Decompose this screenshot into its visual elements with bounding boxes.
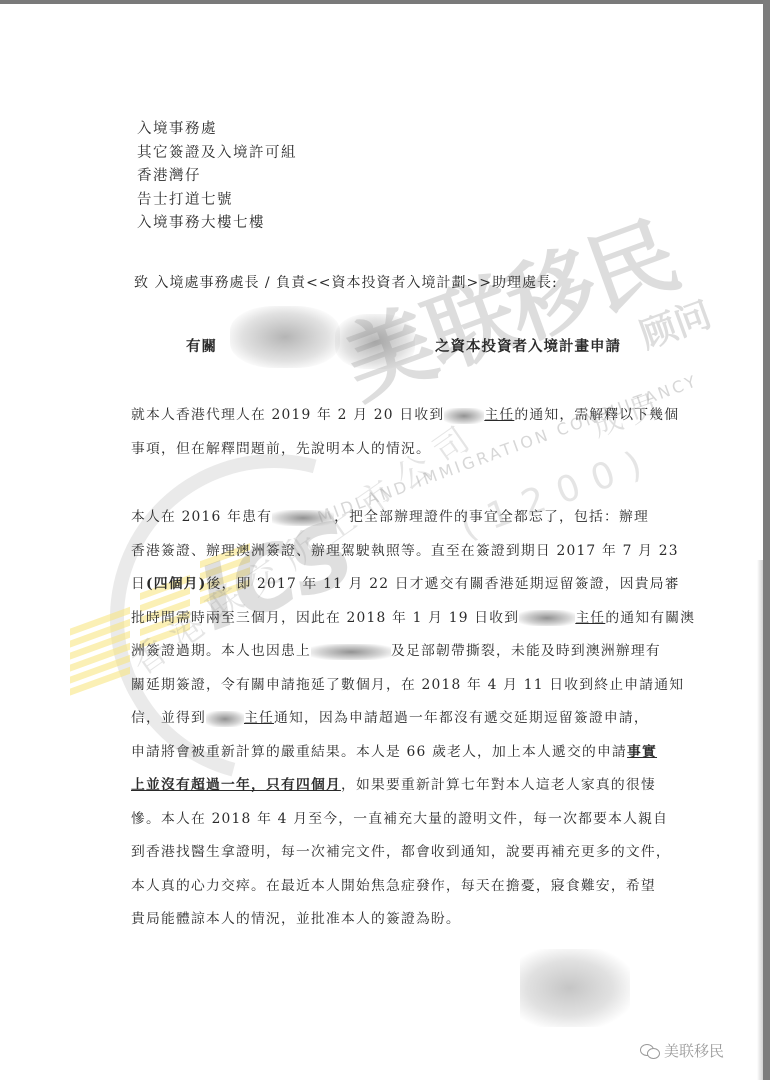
text-segment: 洲簽證過期。本人也因患上	[131, 643, 311, 659]
scan-right-edge	[763, 0, 770, 1080]
text-line: 洲簽證過期。本人也因患上及足部韌帶撕裂，未能及時到澳洲辦理有	[131, 635, 651, 669]
text-segment: 通知，因為申請超過一年都沒有遞交延期逗留簽證申請，	[274, 710, 649, 726]
text-segment: 批時間需時兩至三個月，因此在 2018 年 1 月 19 日收到	[131, 610, 519, 626]
text-segment: 申請將會被重新計算的嚴重結果。本人是 66 歲老人，加上本人遞交的申請	[131, 744, 627, 760]
bold-underlined-text: 上並沒有超過一年，只有四個月	[131, 777, 341, 793]
text-segment: 的通知有關澳	[605, 610, 695, 626]
wechat-icon	[640, 1043, 660, 1059]
text-segment: 就本人香港代理人在 2019 年 2 月 20 日收到	[131, 407, 444, 423]
redacted-name	[519, 610, 575, 626]
text-line: 申請將會被重新計算的嚴重結果。本人是 66 歲老人，加上本人遞交的申請事實	[131, 736, 651, 770]
redacted-signature	[520, 949, 630, 1027]
underlined-title: 主任	[484, 407, 514, 423]
paragraph-intro: 就本人香港代理人在 2019 年 2 月 20 日收到主任的通知，需解釋以下幾個…	[131, 399, 651, 466]
watermark-brand: 美联移民	[325, 186, 691, 422]
address-line: 告士打道七號	[137, 189, 297, 213]
salutation: 致 入境處事務處長 / 負責<<資本投資者入境計劃>>助理處長:	[134, 272, 558, 292]
text-segment: 後，即 2017 年 11 月 22 日才遞交有關香港延期逗留簽證，因貴局審	[206, 576, 679, 592]
watermark-side-label: 顾问	[635, 294, 717, 357]
text-line: 慘。本人在 2018 年 4 月至今，一直補充大量的證明文件，每一次都要本人親自	[131, 803, 651, 837]
subject-prefix: 有關	[186, 338, 217, 355]
text-line: 關延期簽證，令有關申請拖延了數個月，在 2018 年 4 月 11 日收到終止申…	[131, 669, 651, 703]
text-line: 就本人香港代理人在 2019 年 2 月 20 日收到主任的通知，需解釋以下幾個	[131, 399, 651, 433]
text-line: 香港簽證、辦理澳洲簽證、辦理駕駛執照等。直至在簽證到期日 2017 年 7 月 …	[131, 535, 651, 569]
paragraph-body: 本人在 2016 年患有，把全部辦理證件的事宜全都忘了，包括：辦理 香港簽證、辦…	[131, 501, 651, 937]
redacted-illness	[311, 644, 391, 660]
text-line: 本人在 2016 年患有，把全部辦理證件的事宜全都忘了，包括：辦理	[131, 501, 651, 535]
text-line: 日(四個月)後，即 2017 年 11 月 22 日才遞交有關香港延期逗留簽證，…	[131, 568, 651, 602]
redacted-name	[206, 711, 244, 727]
text-segment: 本人在 2016 年患有	[131, 509, 272, 525]
redacted-illness	[272, 510, 334, 526]
subject-suffix: 之資本投資者入境計畫申請	[435, 338, 621, 355]
text-line: 事項，但在解釋問題前，先說明本人的情況。	[131, 433, 651, 467]
bold-text: (四個月)	[146, 576, 206, 592]
recipient-address: 入境事務處 其它簽證及入境許可組 香港灣仔 告士打道七號 入境事務大樓七樓	[137, 118, 297, 236]
address-line: 香港灣仔	[137, 165, 297, 189]
text-line: 上並沒有超過一年，只有四個月，如果要重新計算七年對本人這老人家真的很悽	[131, 769, 651, 803]
text-segment: 的通知，需解釋以下幾個	[514, 407, 679, 423]
address-line: 其它簽證及入境許可組	[137, 142, 297, 166]
underlined-title: 主任	[575, 610, 605, 626]
text-segment: 及足部韌帶撕裂，未能及時到澳洲辦理有	[391, 643, 661, 659]
text-segment: ，如果要重新計算七年對本人這老人家真的很悽	[341, 777, 656, 793]
text-line: 批時間需時兩至三個月，因此在 2018 年 1 月 19 日收到主任的通知有關澳	[131, 602, 651, 636]
subject-line: 有關之資本投資者入境計畫申請	[186, 335, 621, 356]
bold-underlined-text: 事實	[627, 744, 657, 760]
text-segment: 日	[131, 576, 146, 592]
footer-brand-label: 美联移民	[664, 1040, 724, 1061]
text-line: 貴局能體諒本人的情況，並批准本人的簽證為盼。	[131, 903, 651, 937]
underlined-title: 主任	[244, 710, 274, 726]
text-line: 到香港找醫生拿證明，每一次補完文件，都會收到通知，說要再補充更多的文件，	[131, 836, 651, 870]
text-line: 本人真的心力交瘁。在最近本人開始焦急症發作，每天在擔憂，寢食難安，希望	[131, 870, 651, 904]
footer-brand: 美联移民	[640, 1040, 724, 1061]
watermark-side-text: 顾问	[636, 298, 715, 355]
text-segment: 信，並得到	[131, 710, 206, 726]
redacted-name	[444, 408, 484, 424]
text-segment: ，把全部辦理證件的事宜全都忘了，包括：辦理	[334, 509, 649, 525]
address-line: 入境事務大樓七樓	[137, 212, 297, 236]
text-line: 信，並得到主任通知，因為申請超過一年都沒有遞交延期逗留簽證申請，	[131, 702, 651, 736]
address-line: 入境事務處	[137, 118, 297, 142]
letter-page: ICS 美联移民 顾问 MIDLAND IMMIGRATION CONSULTA…	[0, 4, 763, 1080]
